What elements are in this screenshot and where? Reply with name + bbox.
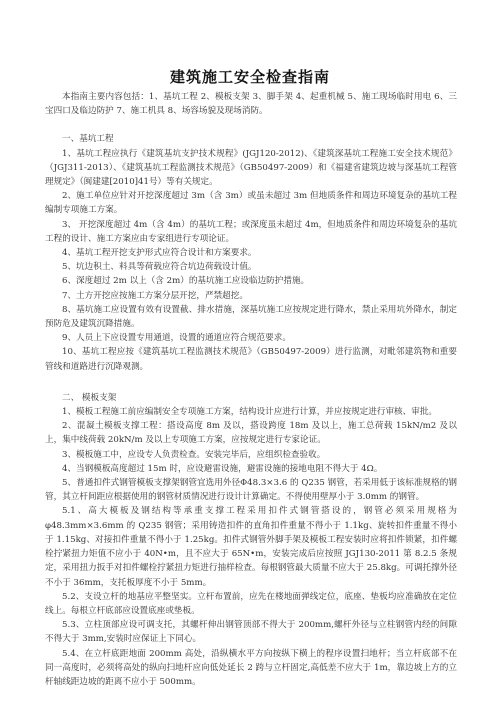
section-heading: 二、 模板支架 [45, 391, 457, 405]
list-item: 1、模板工程施工前应编制安全专项施工方案，结构设计应进行计算，并应按规定进行审核… [45, 405, 457, 419]
section-formwork-support: 二、 模板支架 1、模板工程施工前应编制安全专项施工方案，结构设计应进行计算，并… [45, 391, 457, 689]
list-item: 5、坑边积土、料具等荷载应符合坑边荷载设计值。 [45, 260, 457, 274]
list-item: 10、基坑工程应按《建筑基坑工程监测技术规范》（GB50497-2009）进行监… [45, 345, 457, 373]
list-item: 8、基坑施工应设置有效有设置截、排水措施，深基坑施工应按规定进行降水，禁止采用坑… [45, 303, 457, 331]
list-item: 1、基坑工程应执行《建筑基坑支护技术规程》(JGJ120-2012)、《建筑深基… [45, 147, 457, 190]
list-item: 4、当钢模板高度超过 15m 时，应设避雷设施，避雷设施的接地电阻不得大于 4Ω… [45, 462, 457, 476]
intro-paragraph: 本指南主要内容包括：1、基坑工程 2、模板支架 3、脚手架 4、起重机械 5、施… [45, 90, 457, 118]
document-title: 建筑施工安全检查指南 [0, 66, 500, 87]
section-heading: 一、基坑工程 [45, 132, 457, 146]
list-item: 5.2、支设立杆的地基应平整坚实。立杆布置前，应先在楼地面弹线定位，底座、垫板均… [45, 590, 457, 618]
list-item: 2、混凝土模板支撑工程：搭设高度 8m 及以，搭设跨度 18m 及以上，施工总荷… [45, 419, 457, 447]
list-item: 9、人员上下应设置专用通道，设置的通道应符合规范要求。 [45, 331, 457, 345]
list-item: 7、土方开挖应按施工方案分层开挖，严禁超挖。 [45, 289, 457, 303]
list-item: 5.4、在立杆底距地面 200mm 高处，沿纵横水平方向按纵下横上的程序设置扫地… [45, 647, 457, 690]
list-item: 5.1、高大模板及钢结构等承重支撑工程采用扣件式钢管搭设的，钢管必须采用规格为φ… [45, 504, 457, 589]
list-item: 3、 开挖深度超过 4m（含 4m）的基坑工程；或深度虽未超过 4m，但地质条件… [45, 218, 457, 246]
document-page: 建筑施工安全检查指南 本指南主要内容包括：1、基坑工程 2、模板支架 3、脚手架… [0, 0, 500, 707]
document-body: 本指南主要内容包括：1、基坑工程 2、模板支架 3、脚手架 4、起重机械 5、施… [45, 90, 457, 689]
list-item: 2、施工单位应针对开挖深度超过 3m（含 3m）或虽未超过 3m 但地质条件和周… [45, 189, 457, 217]
list-item: 5、普通扣件式钢管模板支撑架钢管宜选用外径Φ48.3×3.6 的 Q235 钢管… [45, 476, 457, 504]
section-foundation-pit: 一、基坑工程 1、基坑工程应执行《建筑基坑支护技术规程》(JGJ120-2012… [45, 132, 457, 373]
list-item: 6、深度超过 2m 以上（含 2m）的基坑施工应设临边防护措施。 [45, 274, 457, 288]
list-item: 4、基坑工程开挖支护形式应符合设计和方案要求。 [45, 246, 457, 260]
list-item: 5.3、立柱顶部应设可调支托，其螺杆伸出钢管顶部不得大于 200mm,螺杆外径与… [45, 618, 457, 646]
list-item: 3、模板施工中，应设专人负责检查。安装完毕后，应组织检查验收。 [45, 448, 457, 462]
